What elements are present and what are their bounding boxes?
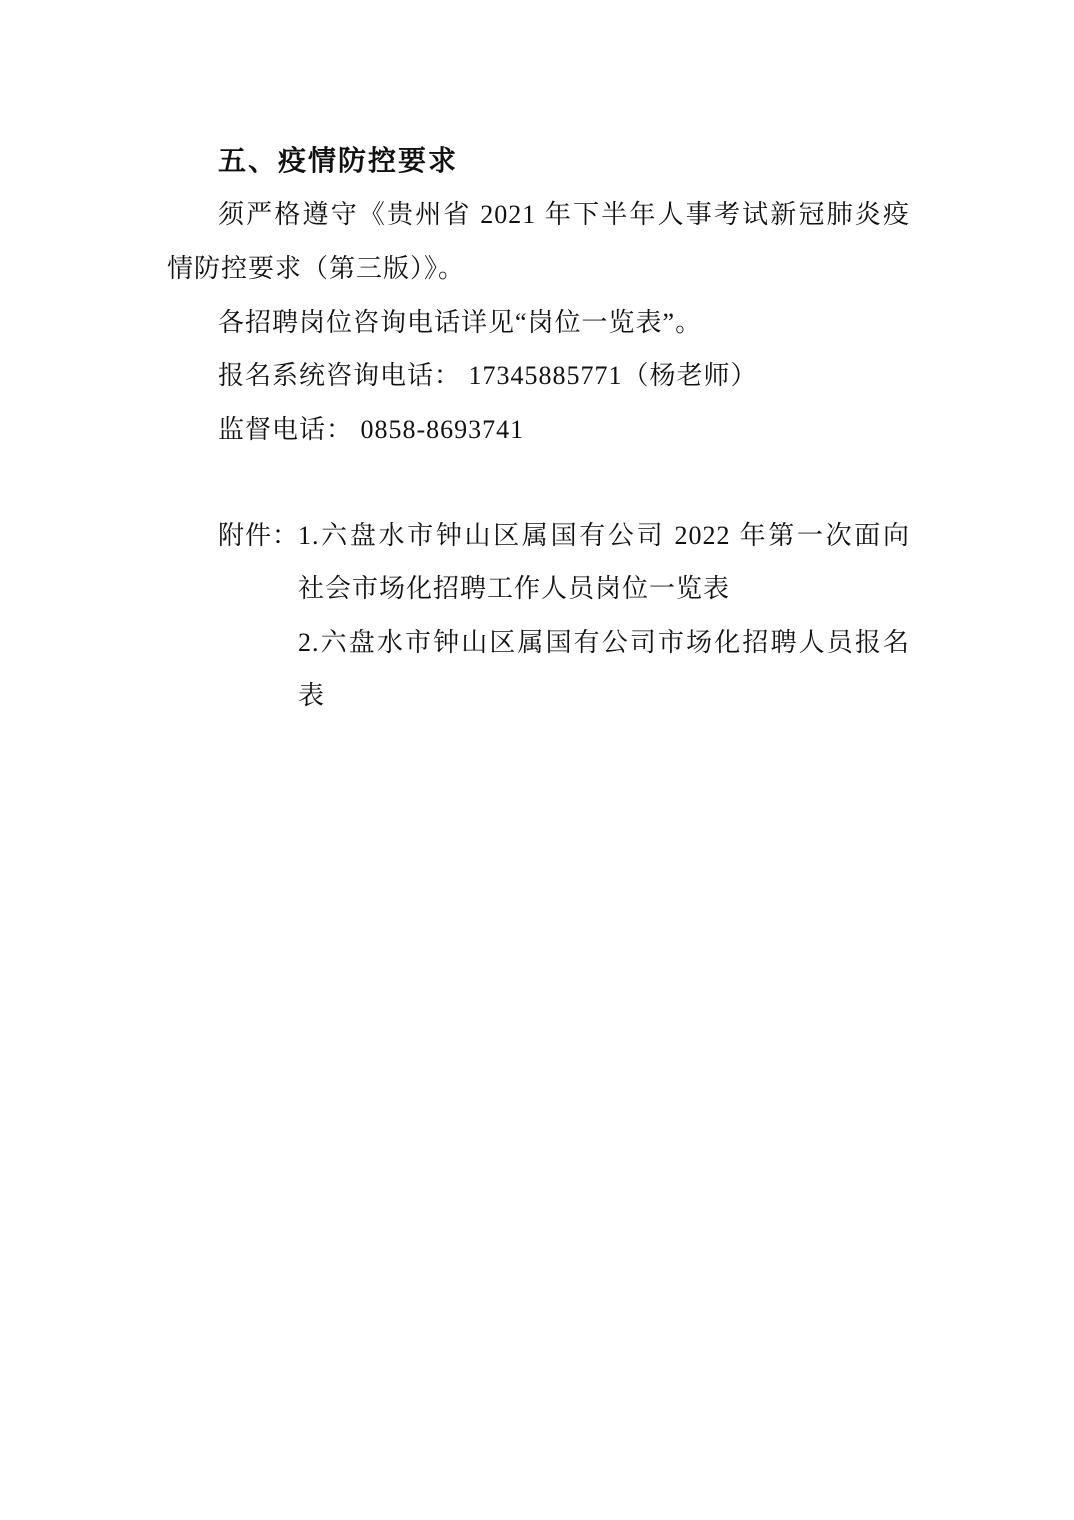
supervision-phone-line: 监督电话： 0858-8693741 bbox=[218, 413, 524, 447]
attachment-1-line-1: 1.六盘水市钟山区属国有公司 2022 年第一次面向 bbox=[298, 519, 910, 553]
compliance-paragraph-line-2: 情防控要求（第三版）》。 bbox=[167, 252, 465, 286]
attachments-label: 附件： bbox=[218, 519, 298, 553]
compliance-paragraph-line-1: 须严格遵守《贵州省 2021 年下半年人事考试新冠肺炎疫 bbox=[218, 198, 910, 232]
attachments-row: 附件： 1.六盘水市钟山区属国有公司 2022 年第一次面向 bbox=[218, 519, 910, 553]
attachment-1-line-2: 社会市场化招聘工作人员岗位一览表 bbox=[298, 572, 730, 606]
document-page: 五、疫情防控要求 须严格遵守《贵州省 2021 年下半年人事考试新冠肺炎疫 情防… bbox=[0, 0, 1074, 1520]
attachment-2-line-2: 表 bbox=[298, 679, 325, 713]
jobs-phone-line: 各招聘岗位咨询电话详见“岗位一览表”。 bbox=[218, 306, 702, 340]
section-heading: 五、疫情防控要求 bbox=[218, 143, 458, 179]
registration-phone-line: 报名系统咨询电话： 17345885771（杨老师） bbox=[218, 359, 758, 393]
attachment-2-line-1: 2.六盘水市钟山区属国有公司市场化招聘人员报名 bbox=[298, 626, 910, 660]
